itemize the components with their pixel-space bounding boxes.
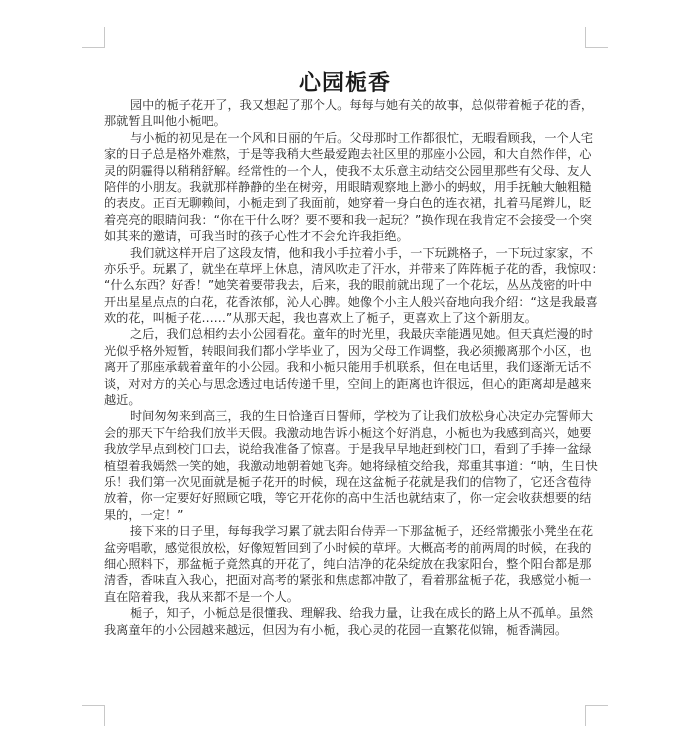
corner-mark-bottom-right	[585, 705, 608, 726]
paragraph-line: 着亮亮的眼睛问我：“你在干什么呀？要不要和我一起玩？”换作现在我肯定不会接受一个…	[104, 212, 590, 228]
paragraph-line: 与小栀的初见是在一个风和日丽的午后。父母那时工作都很忙，无暇看顾我，一个人宅	[104, 130, 590, 146]
paragraph-line: 栀子，知子，小栀总是很懂我、理解我、给我力量，让我在成长的路上从不孤单。虽然	[104, 605, 590, 621]
paragraph-line: 如其来的邀请，可我当时的孩子心性才不会允许我拒绝。	[104, 228, 590, 244]
paragraph-line: 谈，对对方的关心与思念透过电话传递千里，空间上的距离也许很远，但心的距离却是越来	[104, 376, 590, 392]
paragraph-line: 直在陪着我，我从来都不是一个人。	[104, 589, 590, 605]
paragraph-line: 家的日子总是格外难熬，于是等我稍大些最爱跑去社区里的那座小公园，和大自然作伴，心	[104, 146, 590, 162]
paragraph-line: 欢的花，叫栀子花……”从那天起，我也喜欢上了栀子，更喜欢上了这个新朋友。	[104, 310, 590, 326]
paragraph: 之后，我们总相约去小公园看花。童年的时光里，我最庆幸能遇见她。但天真烂漫的时光似…	[104, 326, 590, 408]
document-page: 心园栀香 园中的栀子花开了，我又想起了那个人。每每与她有关的故事，总似带着栀子花…	[0, 0, 690, 749]
corner-mark-top-left	[82, 27, 105, 48]
paragraph: 栀子，知子，小栀总是很懂我、理解我、给我力量，让我在成长的路上从不孤单。虽然我离…	[104, 605, 590, 638]
paragraph: 时间匆匆来到高三，我的生日恰逢百日誓师，学校为了让我们放松身心决定办完誓师大会的…	[104, 408, 590, 523]
paragraph-line: 时间匆匆来到高三，我的生日恰逢百日誓师，学校为了让我们放松身心决定办完誓师大	[104, 408, 590, 424]
paragraph-line: 开出星星点点的白花，花香浓郁，沁人心脾。她像个小主人般兴奋地向我介绍：“这是我最…	[104, 294, 590, 310]
paragraph-line: 会的那天下午给我们放半天假。我激动地告诉小栀这个好消息，小栀也为我感到高兴，她要	[104, 425, 590, 441]
paragraph-line: 植望着我嫣然一笑的她，我激动地朝着她飞奔。她将绿植交给我，郑重其事道：“呐，生日…	[104, 458, 590, 474]
paragraph-line: 越近。	[104, 392, 590, 408]
paragraph-line: 之后，我们总相约去小公园看花。童年的时光里，我最庆幸能遇见她。但天真烂漫的时	[104, 326, 590, 342]
paragraph-line: 离开了那座承载着童年的小公园。我和小栀只能用手机联系，但在电话里，我们逐渐无话不	[104, 359, 590, 375]
paragraph-line: 乐！我们第一次见面就是栀子花开的时候，现在这盆栀子花就是我们的信物了，它还含苞待	[104, 474, 590, 490]
paragraph-line: 果的，一定！”	[104, 507, 590, 523]
paragraph-line: 我们就这样开启了这段友情，他和我小手拉着小手，一下玩跳格子，一下玩过家家，不	[104, 245, 590, 261]
paragraph: 接下来的日子里，每每我学习累了就去阳台侍弄一下那盆栀子，还经常搬张小凳坐在花盆旁…	[104, 523, 590, 605]
paragraph-line: 我放学早点到校门口去，说给我准备了惊喜。于是我早早地赶到校门口，看到了手捧一盆绿	[104, 441, 590, 457]
corner-mark-top-right	[585, 27, 608, 48]
paragraph-line: 陪伴的小朋友。我就那样静静的坐在树旁，用眼睛观察地上渺小的蚂蚁，用手抚触大触粗糙	[104, 179, 590, 195]
paragraph-line: 灵的阴霾得以稍稍舒解。经常性的一个人，使我不太乐意主动结交公园里那些有父母、友人	[104, 163, 590, 179]
paragraph-line: 那就暂且叫他小栀吧。	[104, 113, 590, 129]
paragraph-line: “什么东西？好香！”她笑着要带我去，后来，我的眼前就出现了一个花坛，丛丛茂密的叶…	[104, 277, 590, 293]
document-title: 心园栀香	[0, 66, 690, 97]
corner-mark-bottom-left	[82, 705, 105, 726]
document-body[interactable]: 园中的栀子花开了，我又想起了那个人。每每与她有关的故事，总似带着栀子花的香，那就…	[104, 97, 590, 638]
paragraph: 与小栀的初见是在一个风和日丽的午后。父母那时工作都很忙，无暇看顾我，一个人宅家的…	[104, 130, 590, 245]
paragraph-line: 亦乐乎。玩累了，就坐在草坪上休息，清风吹走了汗水，并带来了阵阵栀子花的香，我惊叹…	[104, 261, 590, 277]
paragraph-line: 园中的栀子花开了，我又想起了那个人。每每与她有关的故事，总似带着栀子花的香，	[104, 97, 590, 113]
paragraph-line: 光似乎格外短暂，转眼间我们都小学毕业了，因为父母工作调整，我必须搬离那个小区，也	[104, 343, 590, 359]
paragraph: 园中的栀子花开了，我又想起了那个人。每每与她有关的故事，总似带着栀子花的香，那就…	[104, 97, 590, 130]
paragraph-line: 清香，香味直入我心，把面对高考的紧张和焦虑都冲散了，看着那盆栀子花，我感觉小栀一	[104, 572, 590, 588]
paragraph-line: 我离童年的小公园越来越远，但因为有小栀，我心灵的花园一直繁花似锦，栀香满园。	[104, 622, 590, 638]
paragraph-line: 盆旁唱歌，感觉很放松，好像短暂回到了小时候的草坪。大概高考的前两周的时候，在我的	[104, 540, 590, 556]
paragraph-line: 接下来的日子里，每每我学习累了就去阳台侍弄一下那盆栀子，还经常搬张小凳坐在花	[104, 523, 590, 539]
paragraph-line: 的表皮。正百无聊赖间，小栀走到了我面前，她穿着一身白色的连衣裙，扎着马尾辫儿，眨	[104, 195, 590, 211]
paragraph: 我们就这样开启了这段友情，他和我小手拉着小手，一下玩跳格子，一下玩过家家，不亦乐…	[104, 245, 590, 327]
paragraph-line: 放着，你一定要好好照顾它哦，等它开花你的高中生活也就结束了，你一定会收获想要的结	[104, 490, 590, 506]
paragraph-line: 细心照料下，那盆栀子竟然真的开花了，纯白洁净的花朵绽放在我家阳台，整个阳台都是那	[104, 556, 590, 572]
